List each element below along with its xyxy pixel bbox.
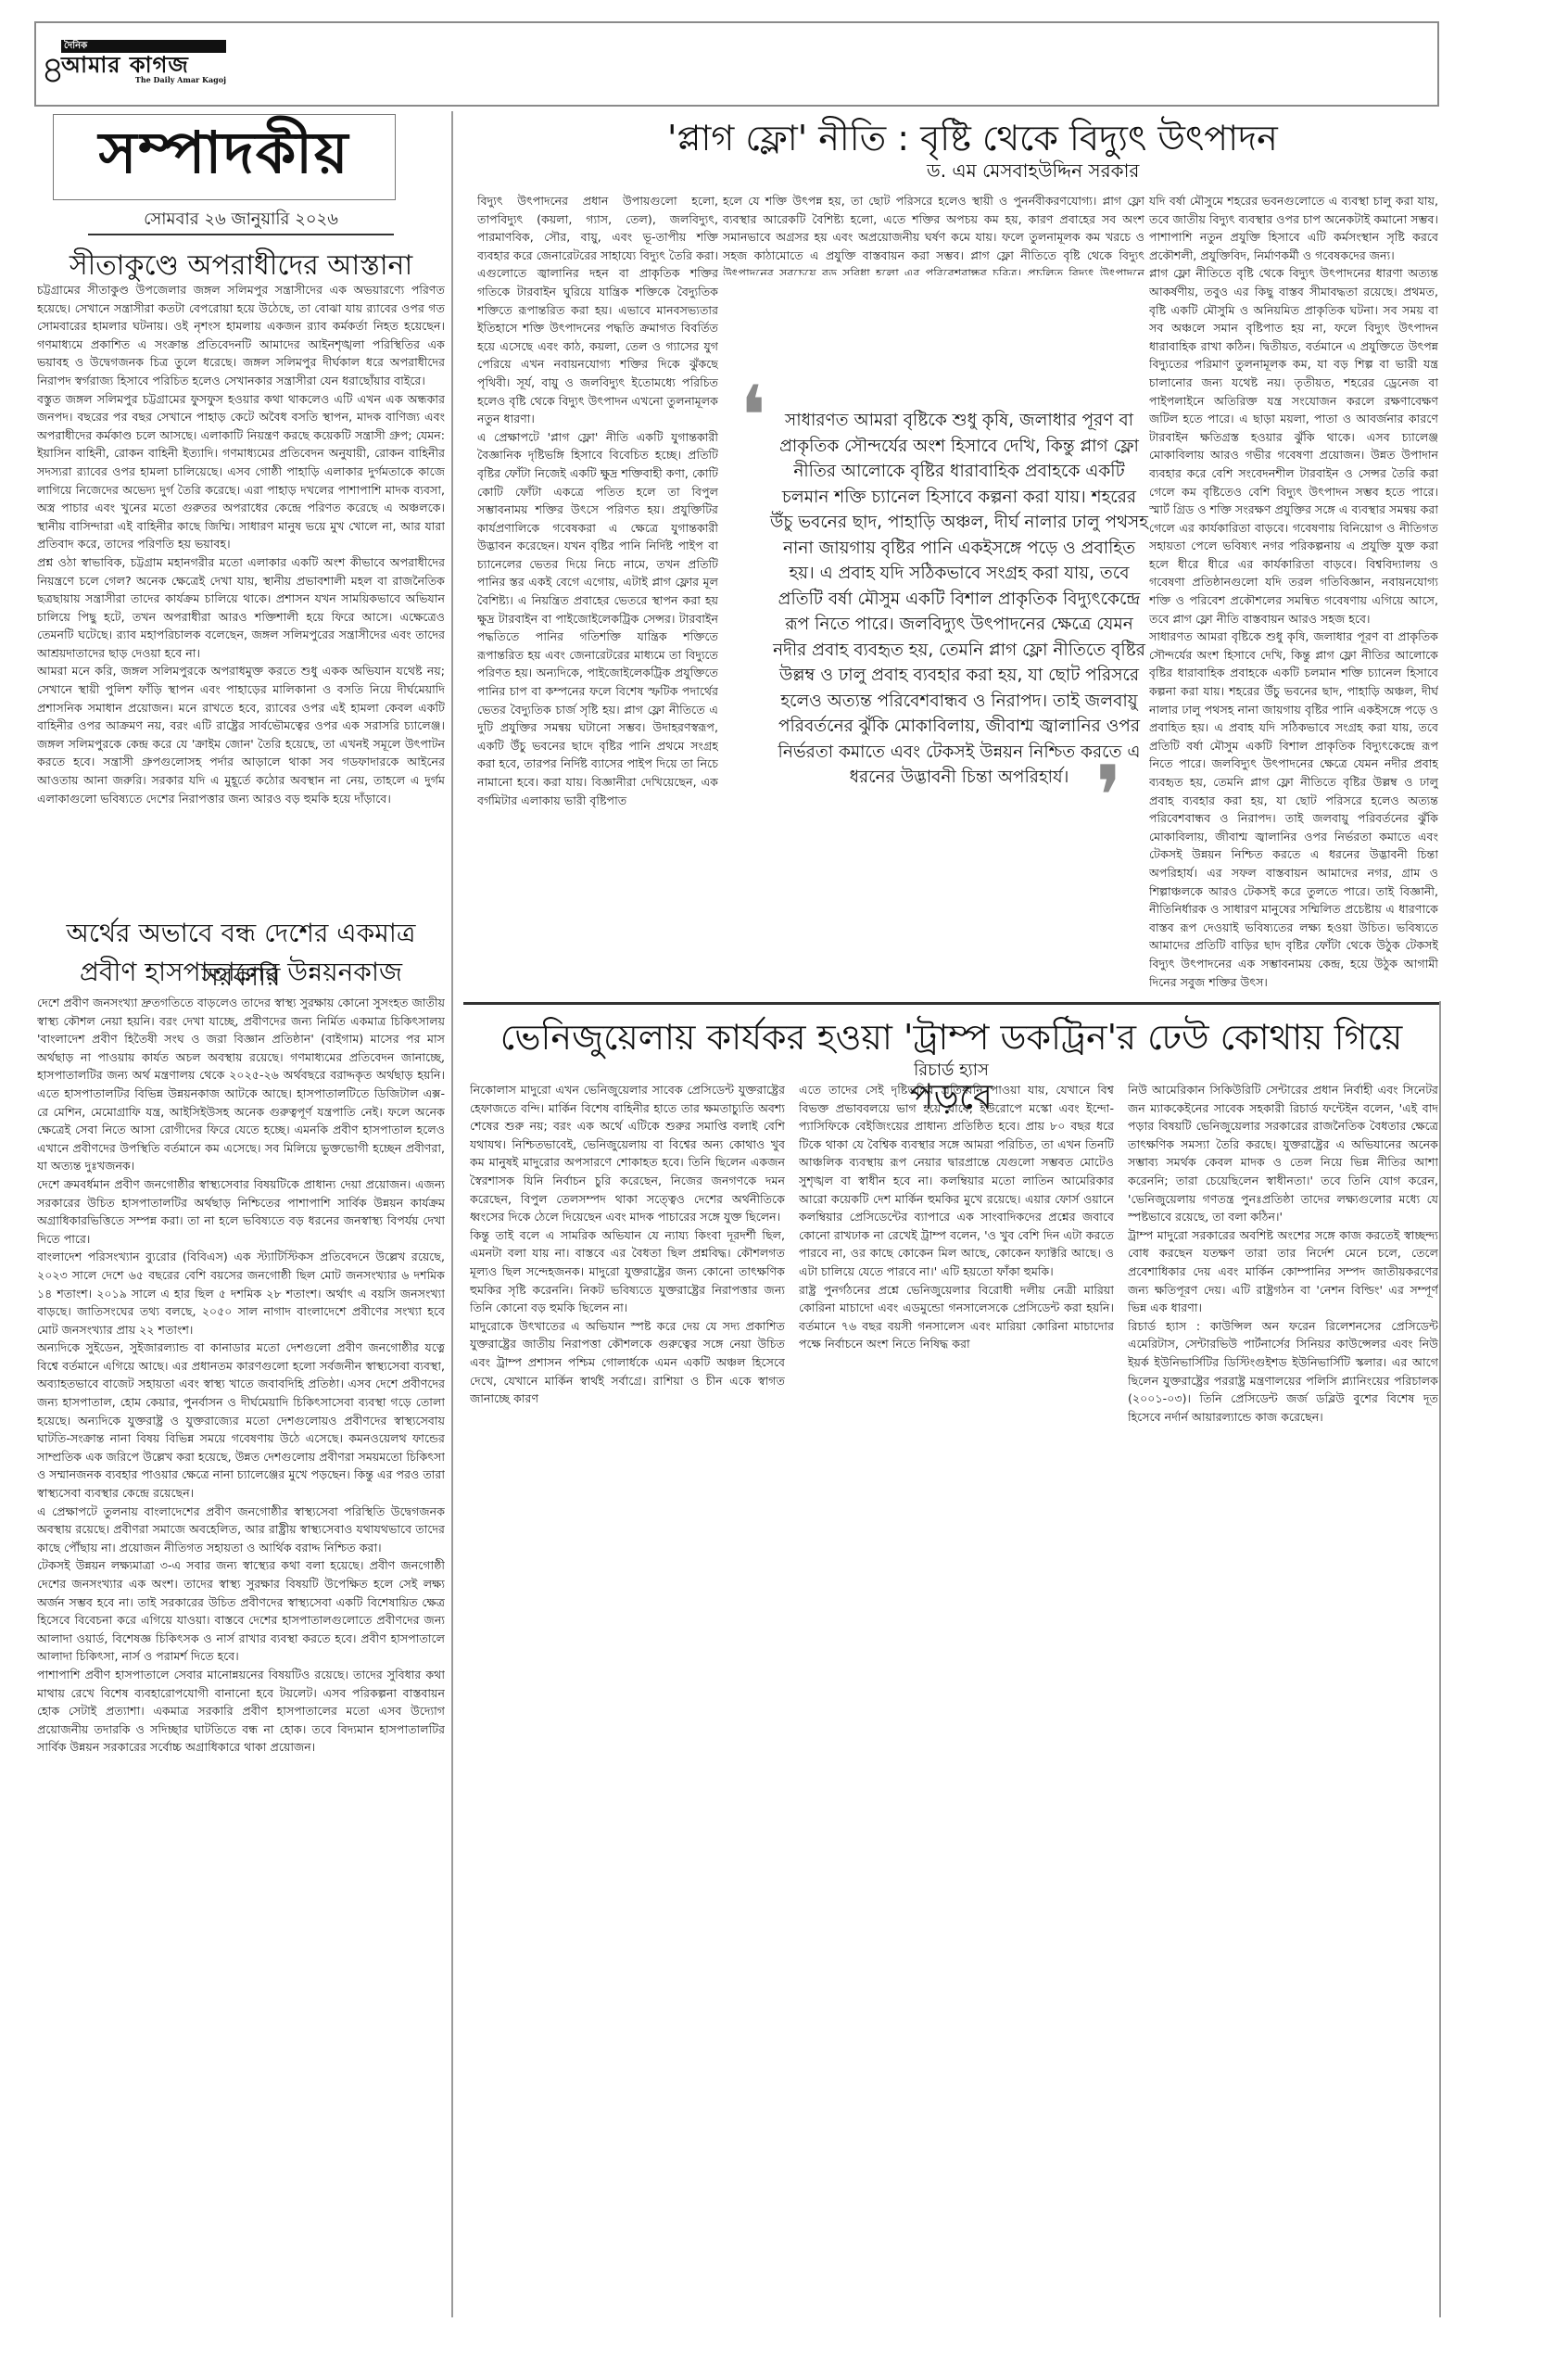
- plug-flow-pull-quote: সাধারণত আমরা বৃষ্টিকে শুধু কৃষি, জলাধার …: [769, 408, 1149, 791]
- logo-main-title: আমার কাগজ: [61, 53, 189, 77]
- paragraph: দেশে প্রবীণ জনসংখ্যা দ্রুতগতিতে বাড়লেও …: [37, 994, 445, 1175]
- plug-flow-byline: ড. এম মেসবাহউদ্দিন সরকার: [649, 158, 1446, 188]
- plug-flow-column-1: বিদ্যুৎ উৎপাদনের প্রধান উপায়গুলো হলো, ত…: [477, 192, 718, 996]
- editorial-rule: [88, 234, 394, 235]
- newspaper-logo[interactable]: দৈনিক আমার কাগজ The Daily Amar Kagoj: [61, 40, 228, 84]
- logo-english-subtitle: The Daily Amar Kagoj: [135, 75, 226, 84]
- paragraph: বস্তুত জঙ্গল সলিমপুর চট্টগ্রামের ফুসফুস …: [37, 390, 445, 553]
- editorial-article-2-body: দেশে প্রবীণ জনসংখ্যা দ্রুতগতিতে বাড়লেও …: [37, 994, 445, 2317]
- logo-top-label: দৈনিক: [64, 40, 87, 53]
- editorial-date: সোমবার ২৬ জানুয়ারি ২০২৬: [37, 206, 445, 235]
- plug-flow-column-2-bottom: [723, 777, 1144, 996]
- trump-column-1: নিকোলাস মাদুরো এখন ভেনিজুয়েলার সাবেক প্…: [470, 1081, 785, 2314]
- paragraph: আমরা মনে করি, জঙ্গল সলিমপুরকে অপরাধমুক্ত…: [37, 662, 445, 807]
- page-header: [34, 21, 1439, 107]
- paragraph: অন্যদিকে সুইডেন, সুইজারল্যান্ড বা কানাডা…: [37, 1339, 445, 1502]
- logo-top-band: দৈনিক: [61, 40, 226, 53]
- paragraph: দেশে ক্রমবর্ধমান প্রবীণ জনগোষ্ঠীর স্বাস্…: [37, 1175, 445, 1248]
- open-quote-icon: ❛: [740, 375, 766, 459]
- editorial-title-box: সম্পাদকীয়: [53, 114, 396, 200]
- paragraph: প্রশ্ন ওঠা স্বাভাবিক, চট্টগ্রাম মহানগরীর…: [37, 553, 445, 663]
- trump-column-3: নিউ আমেরিকান সিকিউরিটি সেন্টারের প্রধান …: [1128, 1081, 1438, 2314]
- paragraph: টেকসই উন্নয়ন লক্ষ্যমাত্রা ৩-এ সবার জন্য…: [37, 1556, 445, 1666]
- close-quote-icon: ❜: [1095, 755, 1122, 839]
- column-divider-left: [451, 111, 453, 2317]
- editorial-headline-2-line2: প্রবীণ হাসপাতালের উন্নয়নকাজ: [37, 952, 445, 996]
- editorial-section-title: সম্পাদকীয়: [99, 109, 350, 205]
- plug-flow-column-3: যদি বর্ষা মৌসুমে শহরের ভবনগুলোতে এ ব্যবস…: [1149, 192, 1438, 996]
- trump-column-2: এতে তাদের সেই দৃষ্টিভঙ্গির প্রতিধ্বনি পা…: [799, 1081, 1114, 2314]
- paragraph: বাংলাদেশ পরিসংখ্যান ব্যুরোর (বিবিএস) এক …: [37, 1248, 445, 1339]
- paragraph: পাশাপাশি প্রবীণ হাসপাতালে সেবার মানোন্নয…: [37, 1666, 445, 1757]
- editorial-article-1-body: চট্টগ্রামের সীতাকুণ্ড উপজেলার জঙ্গল সলিম…: [37, 281, 445, 919]
- section-rule: [463, 1002, 1439, 1005]
- plug-flow-column-2-top: হলে যে শক্তি উৎপন্ন হয়, তা ছোট পরিসরে হ…: [723, 192, 1144, 275]
- paragraph: চট্টগ্রামের সীতাকুণ্ড উপজেলার জঙ্গল সলিম…: [37, 281, 445, 390]
- column-divider-right: [1439, 1001, 1441, 2317]
- paragraph: এ প্রেক্ষাপটে তুলনায় বাংলাদেশের প্রবীণ …: [37, 1503, 445, 1557]
